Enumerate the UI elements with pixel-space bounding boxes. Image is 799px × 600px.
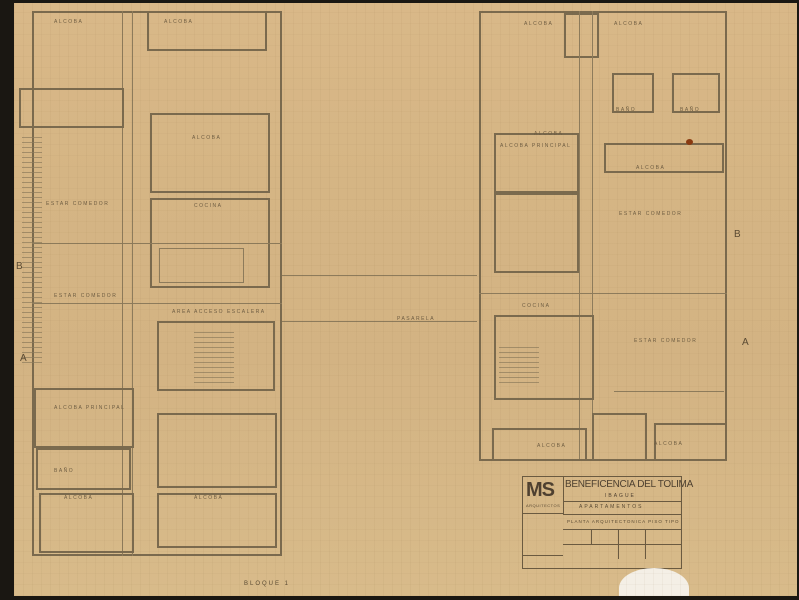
corridor-label: PASARELA <box>397 316 435 322</box>
room-label: COCINA <box>522 303 550 309</box>
left-bottom-room <box>39 493 134 553</box>
room-label: ESTAR COMEDOR <box>634 338 697 344</box>
connector-line <box>282 321 477 322</box>
left-corridor-line <box>132 11 133 556</box>
right-upper-room <box>494 133 579 193</box>
tb-vdivider <box>591 529 592 544</box>
room-label: AREA ACCESO ESCALERA <box>172 309 266 315</box>
left-stair-lines <box>194 328 234 383</box>
room-label: BAÑO <box>680 107 700 113</box>
tb-divider <box>523 555 563 556</box>
room-label: ALCOBA <box>192 135 221 141</box>
tb-divider <box>563 529 681 530</box>
logo-subtext: ARQUITECTOS <box>526 503 560 508</box>
room-label: ESTAR COMEDOR <box>54 293 117 299</box>
room-label: BAÑO <box>54 468 74 474</box>
room-label: ESTAR COMEDOR <box>46 201 109 207</box>
left-bottom-room <box>157 493 277 548</box>
connector-line <box>282 275 477 276</box>
room-label: ALCOBA <box>64 495 93 501</box>
tb-divider <box>563 514 681 515</box>
left-room <box>150 113 270 193</box>
left-wall <box>19 88 124 128</box>
room-label: ALCOBA <box>614 21 643 27</box>
room-label: ALCOBA PRINCIPAL <box>500 143 571 149</box>
room-label: ALCOBA PRINCIPAL <box>54 405 125 411</box>
drawing-description: PLANTA ARQUITECTONICA PISO TIPO <box>567 519 680 524</box>
section-mark-a: A <box>20 353 27 364</box>
left-bath <box>36 448 131 490</box>
left-lower-room <box>34 388 134 448</box>
client-name: BENEFICENCIA DEL TOLIMA <box>565 479 693 490</box>
tb-vdivider <box>645 529 646 559</box>
right-top-room <box>564 13 599 58</box>
right-lower-wall <box>614 391 724 392</box>
logo-text: MS <box>526 479 554 502</box>
right-band <box>479 293 727 294</box>
right-stair-lines <box>499 343 539 383</box>
tb-vdivider <box>618 529 619 559</box>
right-bottom-room <box>592 413 647 461</box>
city-name: IBAGUE <box>605 493 636 499</box>
section-mark-a: A <box>742 337 749 348</box>
room-label: ESTAR COMEDOR <box>619 211 682 217</box>
stain-mark <box>686 139 693 145</box>
left-access-band <box>32 243 282 244</box>
firm-logo: MS ARQUITECTOS <box>523 477 564 514</box>
paper-tear <box>619 568 689 596</box>
room-label: ALCOBA <box>534 131 563 137</box>
room-label: ALCOBA <box>54 19 83 25</box>
title-block: MS ARQUITECTOS BENEFICENCIA DEL TOLIMA I… <box>522 476 682 569</box>
left-kitchen-counter <box>159 248 244 283</box>
project-type: APARTAMENTOS <box>579 504 643 510</box>
left-stair-lines <box>22 133 42 363</box>
left-lower-kitchen <box>157 413 277 488</box>
block-label: BLOQUE 1 <box>244 581 290 587</box>
room-label: ALCOBA <box>524 21 553 27</box>
section-mark-b: B <box>16 261 23 272</box>
room-label: ALCOBA <box>164 19 193 25</box>
room-label: BAÑO <box>616 107 636 113</box>
room-label: ALCOBA <box>537 443 566 449</box>
blueprint-sheet: ALCOBA ALCOBA ALCOBA ESTAR COMEDOR COCIN… <box>14 3 797 596</box>
room-label: ALCOBA <box>654 441 683 447</box>
right-upper-kitchen <box>494 193 579 273</box>
room-label: ALCOBA <box>636 165 665 171</box>
tb-divider <box>563 501 681 502</box>
tb-divider <box>563 544 681 545</box>
room-label: ALCOBA <box>194 495 223 501</box>
section-mark-b: B <box>734 229 741 240</box>
left-access-band <box>32 303 282 304</box>
room-label: COCINA <box>194 203 222 209</box>
left-wall-top <box>147 11 267 51</box>
